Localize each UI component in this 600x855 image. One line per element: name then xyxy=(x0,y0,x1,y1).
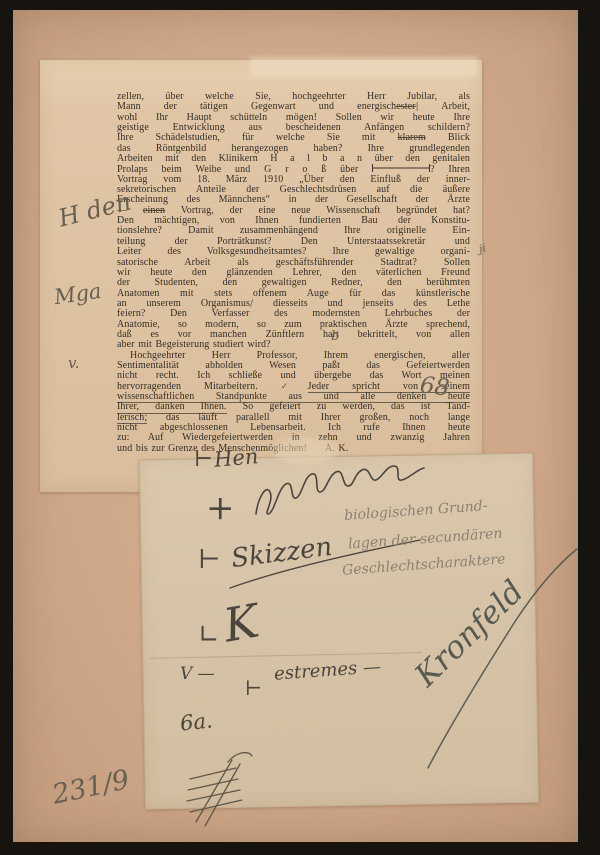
glue-stain xyxy=(250,57,478,77)
annotation-skizzen-mark: ⊢ xyxy=(198,545,220,575)
annotation-hen-mark: ⊢ xyxy=(194,447,213,472)
annotation-estremes-mark: ⊢ xyxy=(245,676,262,700)
annotation-k-mark: ∟ xyxy=(198,620,220,650)
glue-stain-small xyxy=(272,438,338,464)
annotation-68: 68 xyxy=(419,372,451,401)
annotation-6a: 6a. xyxy=(179,708,214,735)
scan-page: zellen, über welche Sie, hochgeehrter He… xyxy=(0,0,600,855)
annotation-b: b xyxy=(331,329,339,344)
annotation-v-dash: V — xyxy=(180,664,215,684)
annotation-plus-mark: + xyxy=(206,488,235,528)
printed-clipping: zellen, über welche Sie, hochgeehrter He… xyxy=(40,60,482,492)
printed-text-block: zellen, über welche Sie, hochgeehrter He… xyxy=(117,92,470,454)
annotation-hen: Hen xyxy=(213,444,259,472)
annotation-v: v. xyxy=(68,354,79,372)
